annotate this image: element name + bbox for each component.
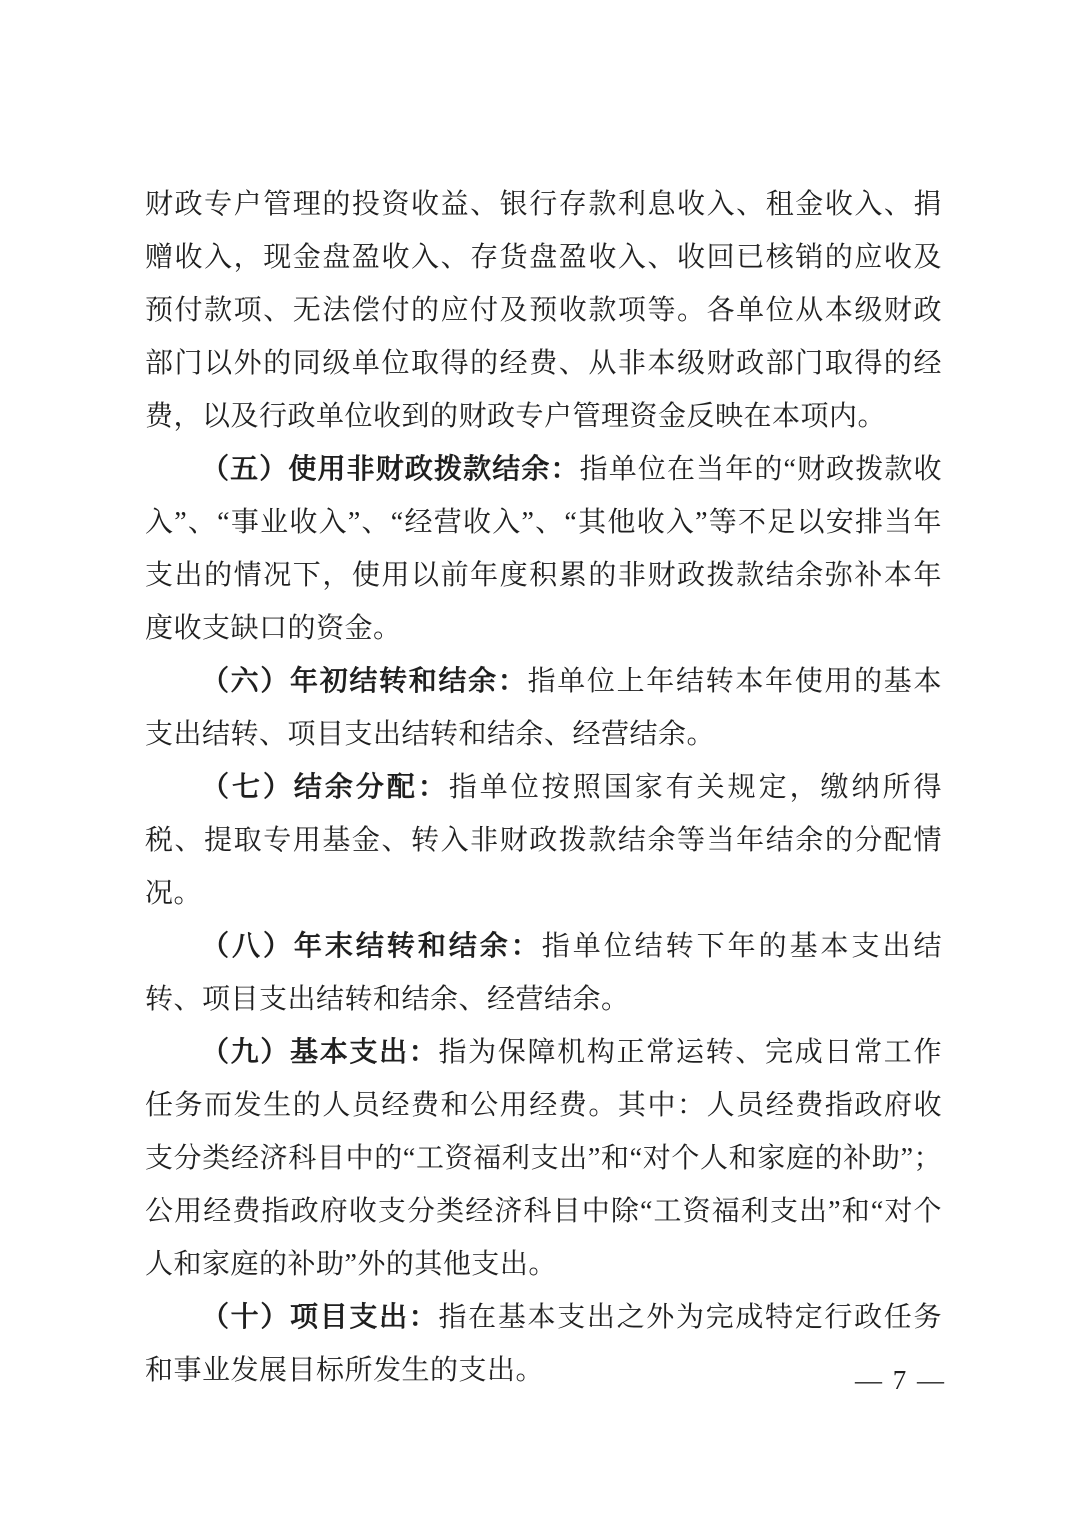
paragraph-lead: （五）使用非财政拨款结余： [201, 454, 580, 485]
paragraph: （五）使用非财政拨款结余：指单位在当年的“财政拨款收入”、“事业收入”、“经营收… [145, 443, 942, 655]
document-page: 财政专户管理的投资收益、银行存款利息收入、租金收入、捐赠收入，现金盘盈收入、存货… [0, 0, 1074, 1520]
paragraph: （十）项目支出：指在基本支出之外为完成特定行政任务和事业发展目标所发生的支出。 [145, 1291, 942, 1397]
document-body: 财政专户管理的投资收益、银行存款利息收入、租金收入、捐赠收入，现金盘盈收入、存货… [145, 178, 942, 1397]
paragraph-text: 财政专户管理的投资收益、银行存款利息收入、租金收入、捐赠收入，现金盘盈收入、存货… [145, 189, 942, 432]
paragraph: （六）年初结转和结余：指单位上年结转本年使用的基本支出结转、项目支出结转和结余、… [145, 655, 942, 761]
paragraph: （八）年末结转和结余：指单位结转下年的基本支出结转、项目支出结转和结余、经营结余… [145, 920, 942, 1026]
paragraph: （七）结余分配：指单位按照国家有关规定，缴纳所得税、提取专用基金、转入非财政拨款… [145, 761, 942, 920]
paragraph-lead: （八）年末结转和结余： [201, 931, 542, 962]
paragraph: （九）基本支出：指为保障机构正常运转、完成日常工作任务而发生的人员经费和公用经费… [145, 1026, 942, 1291]
paragraph-text: 指为保障机构正常运转、完成日常工作任务而发生的人员经费和公用经费。其中：人员经费… [145, 1037, 942, 1280]
paragraph-lead: （七）结余分配： [201, 772, 449, 803]
paragraph-lead: （六）年初结转和结余： [201, 666, 528, 697]
paragraph-lead: （十）项目支出： [201, 1302, 439, 1333]
paragraph-lead: （九）基本支出： [201, 1037, 439, 1068]
page-number: — 7 — [855, 1360, 946, 1400]
paragraph: 财政专户管理的投资收益、银行存款利息收入、租金收入、捐赠收入，现金盘盈收入、存货… [145, 178, 942, 443]
